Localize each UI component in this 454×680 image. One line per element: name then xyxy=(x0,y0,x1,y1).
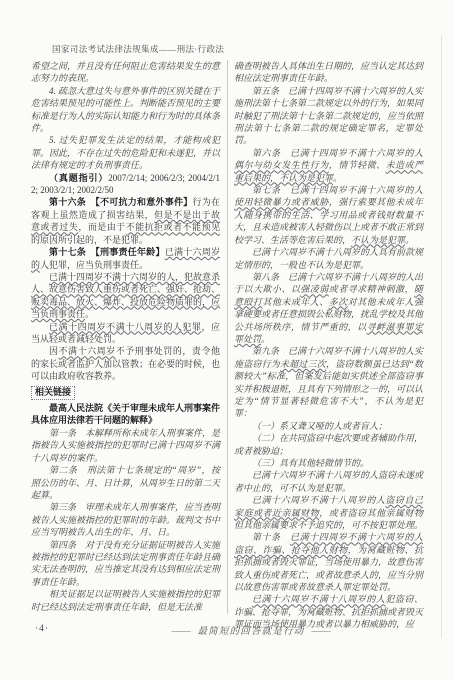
law-article-paragraph: 第十六条 【不可抗力和意外事件】行为在客观上虽然造成了损害结果，但是不是出于故意… xyxy=(31,196,220,246)
law-article-paragraph: 已满十四周岁不满十八周岁的人犯罪，应当从轻或者减轻处罚。 xyxy=(31,321,220,346)
text-segment: 已满十六周岁不满十八周岁的人 xyxy=(252,495,385,505)
text-segment: 其他未成年人、 xyxy=(262,297,328,307)
text-segment: 相关证据足以证明被告人实施被指控的犯罪时已经达到法定刑事责任年龄，但是无法准 xyxy=(31,589,220,611)
text-segment: 已满十六周岁不满十八周岁的人 xyxy=(252,594,385,604)
text-segment: 人犯罪，应当负刑事责任。 xyxy=(40,260,148,270)
text-segment: 偶尔与幼女发生性行为 xyxy=(234,160,329,170)
interpretation-paragraph: 第五条 已满十四周岁不满十六周岁的人实施刑法第十七条第二款规定以外的行为，如果同… xyxy=(234,85,423,147)
interpretation-paragraph: 已满十六周岁不满十八周岁的人盗窃未遂或者中止的，可不认为是犯罪。 xyxy=(234,469,423,494)
related-law-title: 最高人民法院《关于审理未成年人刑事案件具体应用法律若干问题的解释》 xyxy=(31,402,220,427)
commentary-paragraph: 5. 过失犯罪发生法定的结果，才能构成犯罪。因此，不存在过失的危险犯和未遂犯，并… xyxy=(31,134,220,171)
text-segment: 已满十六周岁不满十八周岁的人盗窃未遂或者中止的，可不认为是犯罪。 xyxy=(234,470,423,492)
interpretation-paragraph: 第四条 对于没有充分证据证明被告人实施被指控的犯罪时已经达到法定刑事责任年龄且确… xyxy=(31,539,220,589)
interpretation-list-item: （二）在共同盗窃中起次要或者辅助作用，或者被胁迫； xyxy=(234,432,423,457)
text-segment: 已满十四周岁不满十六周岁的人，犯故意杀人、故意伤害致人重伤或者死亡、强奸、抢劫、… xyxy=(31,272,220,319)
text-segment: （二）在共同盗窃中起次要或者辅助作用，或者被胁迫； xyxy=(234,433,423,455)
text-segment: 或者寻求精神刺激， xyxy=(329,284,414,294)
running-head: 国家司法考试法律法规集成——刑法·行政法 xyxy=(52,43,224,55)
text-segment: 希望之间，并且没有任何阻止危害结果发生的意志努力的表现。 xyxy=(31,61,220,83)
interpretation-paragraph: 第十条 已满十四周岁不满十六周岁的人盗窃、诈骗、抢夺他人财物，为窝藏赃物、抗拒抓… xyxy=(234,531,423,593)
book-page: 国家司法考试法律法规集成——刑法·行政法 希望之间，并且没有任何阻止危害结果发生… xyxy=(0,0,454,680)
text-segment: 第十七条 【刑事责任年龄】 xyxy=(49,247,165,257)
text-segment: 第五条 已满十四周岁不满十六周岁的人实施刑法第十七条第二款规定以外的行为，如果同… xyxy=(234,86,423,146)
text-segment: 已满十六周岁不满十八周岁的人具有前款规定情形的，一般也不认为是犯罪。 xyxy=(234,247,423,269)
interpretation-paragraph: 第二条 刑法第十七条规定的“周岁”，按照公历的年、月、日计算，从周岁生日的第二天… xyxy=(31,464,220,501)
interpretation-paragraph: 第七条 已满十四周岁不满十六周岁的人使用轻微暴力或者威胁，强行索要其他未成年人随… xyxy=(234,184,423,246)
text-segment: 多次 xyxy=(329,297,348,307)
text-segment: （三）具有其他轻微情节的。 xyxy=(252,458,369,468)
related-links-section: 相关链接 xyxy=(31,386,220,401)
exam-reference-paragraph: （真题指引）2007/2/14; 2006/2/3; 2004/2/12; 20… xyxy=(31,172,220,197)
page-footer: ·4· ——最简短的回答就是行动—— xyxy=(31,623,423,639)
text-segment: 未超过三次 xyxy=(280,359,326,369)
text-segment: 。 xyxy=(261,334,270,344)
text-segment: 最高人民法院《关于审理未成年人刑事案件具体应用法律若干问题的解释》 xyxy=(31,403,220,425)
text-segment: 第二条 刑法第十七条规定的“周岁”，按照公历的年、月、日计算，从周岁生日的第二天… xyxy=(31,465,220,500)
interpretation-paragraph: 相关证据足以证明被告人实施被指控的犯罪时已经达到法定刑事责任年龄，但是无法准 xyxy=(31,588,220,613)
law-article-paragraph: 第十七条 【刑事责任年龄】已满十六周岁的人犯罪，应当负刑事责任。 xyxy=(31,246,220,271)
text-segment: 的原因所引起的，不是犯罪。 xyxy=(31,235,148,245)
text-segment: （一）系又聋又哑的人或者盲人； xyxy=(252,421,387,431)
related-links-label: 相关链接 xyxy=(31,386,75,401)
footer-motto-text: 最简短的回答就是行动 xyxy=(197,627,304,637)
text-segment: 第三条 审理未成年人刑事案件，应当查明被告人实施被指控的犯罪时的年龄。裁判文书中… xyxy=(31,502,220,537)
law-article-paragraph: 因不满十六周岁不予刑事处罚的，责令他的家长或者监护人加以管教；在必要的时候，也可… xyxy=(31,345,220,382)
text-segment: 第七条 已满十四周岁不满十六周岁的人 xyxy=(252,185,423,195)
text-segment: 不认为是犯罪 xyxy=(351,235,405,245)
text-segment: 确查明被告人具体出生日期的，应当认定其达到相应法定刑事责任年龄。 xyxy=(234,61,423,83)
text-segment: 。 xyxy=(333,173,342,183)
right-column: 确查明被告人具体出生日期的，应当认定其达到相应法定刑事责任年龄。第五条 已满十四… xyxy=(234,60,423,624)
text-segment: 第一条 本解释所称未成年人刑事案件，是指被告人实施被指控的犯罪时已满十四周岁不满… xyxy=(31,428,220,463)
text-segment: 第十条 xyxy=(252,532,290,542)
commentary-paragraph: 4. 疏忽大意过失与意外事件的区别关键在于危害结果预见的可能性上。判断能否预见的… xyxy=(31,85,220,135)
text-segment: ，而是由于 xyxy=(78,222,125,232)
interpretation-paragraph: 确查明被告人具体出生日期的，应当认定其达到相应法定刑事责任年龄。 xyxy=(234,60,423,85)
text-segment: （真题指引） xyxy=(49,173,108,183)
interpretation-list-item: （一）系又聋又哑的人或者盲人； xyxy=(234,420,423,432)
interpretation-paragraph: 第一条 本解释所称未成年人刑事案件，是指被告人实施被指控的犯罪时已满十四周岁不满… xyxy=(31,427,220,464)
interpretation-list-item: （三）具有其他轻微情节的。 xyxy=(234,457,423,469)
text-segment: 第十六条 【不可抗力和意外事件】 xyxy=(49,197,192,207)
page-edge-line xyxy=(441,36,442,638)
text-segment: 第四条 对于没有充分证据证明被告人实施被指控的犯罪时已经达到法定刑事责任年龄且确… xyxy=(31,540,220,587)
column-divider xyxy=(227,60,228,614)
law-article-paragraph: 已满十四周岁不满十六周岁的人，犯故意杀人、故意伤害致人重伤或者死亡、强奸、抢劫、… xyxy=(31,271,220,321)
interpretation-paragraph: 第三条 审理未成年人刑事案件，应当查明被告人实施被指控的犯罪时的年龄。裁判文书中… xyxy=(31,501,220,538)
text-segment: 已满十四周岁不满十八周岁的人犯罪 xyxy=(49,322,201,332)
text-segment: ，情节轻微、 xyxy=(329,160,386,170)
footer-motto: ——最简短的回答就是行动—— xyxy=(31,623,423,637)
interpretation-paragraph: 第八条 已满十六周岁不满十八周岁的人出于以大欺小、以强凌弱或者寻求精神刺激，随意… xyxy=(234,271,423,345)
interpretation-paragraph: 第六条 已满十四周岁不满十六周岁的人偶尔与幼女发生性行为，情节轻微、未造成严重后… xyxy=(234,147,423,184)
text-segment: 第六条 已满十四周岁不满十六周岁的人 xyxy=(252,148,423,158)
text-segment: 强凌弱 xyxy=(300,284,328,294)
text-segment: 5. 过失犯罪发生法定的结果，才能构成犯罪。因此，不存在过失的危险犯和未遂犯，并… xyxy=(31,135,220,170)
left-column: 希望之间，并且没有任何阻止危害结果发生的意志努力的表现。4. 疏忽大意过失与意外… xyxy=(31,60,220,624)
motto-dash-left: —— xyxy=(171,627,190,637)
text-segment: 。 xyxy=(85,309,94,319)
text-segment: 4. 疏忽大意过失与意外事件的区别关键在于危害结果预见的可能性上。判断能否预见的… xyxy=(31,86,220,133)
text-segment: 使用轻微暴力或者威胁 xyxy=(234,197,329,207)
text-segment: 。 xyxy=(405,235,414,245)
text-segment: 因 xyxy=(49,346,59,356)
text-segment: 不能抗拒或者不能预见 xyxy=(126,222,220,232)
interpretation-paragraph: 已满十六周岁不满十八周岁的人具有前款规定情形的，一般也不认为是犯罪。 xyxy=(234,246,423,271)
interpretation-paragraph: 已满十六周岁不满十八周岁的人盗窃自己家庭或者近亲属财物，或者盗窃其他亲属财物但其… xyxy=(234,494,423,531)
text-segment: 不满十六周岁 xyxy=(59,346,116,356)
commentary-paragraph: 希望之间，并且没有任何阻止危害结果发生的意志努力的表现。 xyxy=(31,60,220,85)
motto-dash-right: —— xyxy=(312,627,331,637)
interpretation-paragraph: 第九条 已满十六周岁不满十八周岁的人实施盗窃行为未超过三次，盗窃数额虽已达到“数… xyxy=(234,345,423,419)
